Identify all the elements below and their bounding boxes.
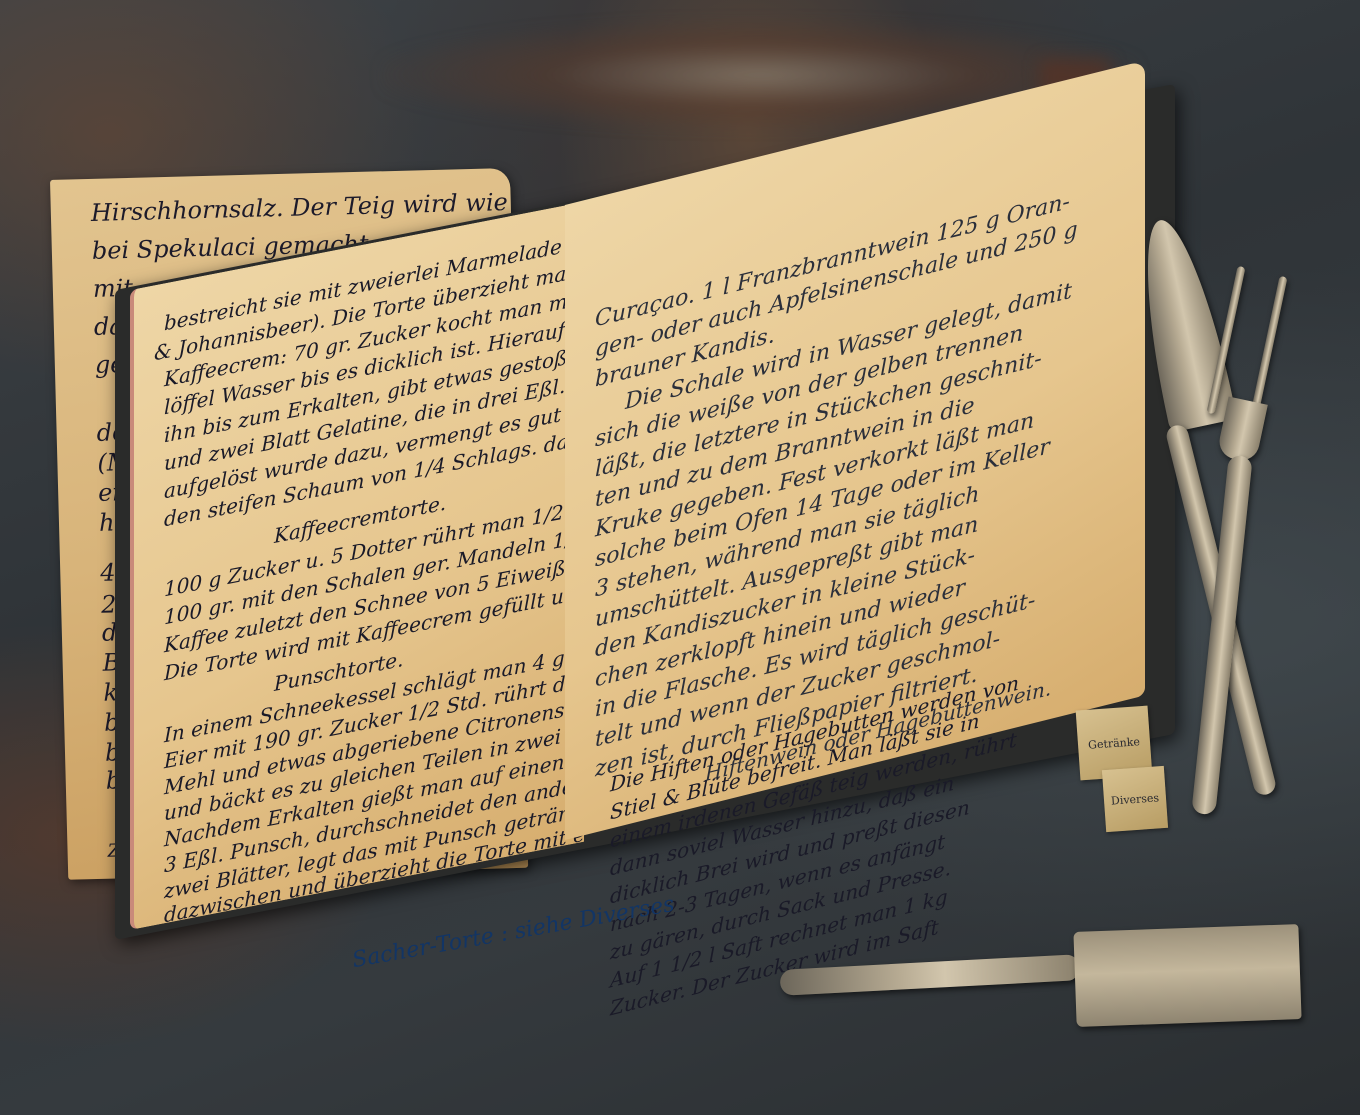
blue-ink-note: Sacher-Torte : siehe Diverses	[350, 892, 676, 973]
tab-label: Diverses	[1111, 791, 1160, 807]
left-page: bestreicht sie mit zweierlei Marmelade (…	[130, 202, 584, 930]
index-tab-diverses: Diverses	[1102, 766, 1168, 832]
recipe-book: bestreicht sie mit zweierlei Marmelade (…	[110, 120, 1180, 950]
tab-label: Getränke	[1088, 735, 1141, 752]
cake-spatula-blade	[1073, 924, 1301, 1027]
